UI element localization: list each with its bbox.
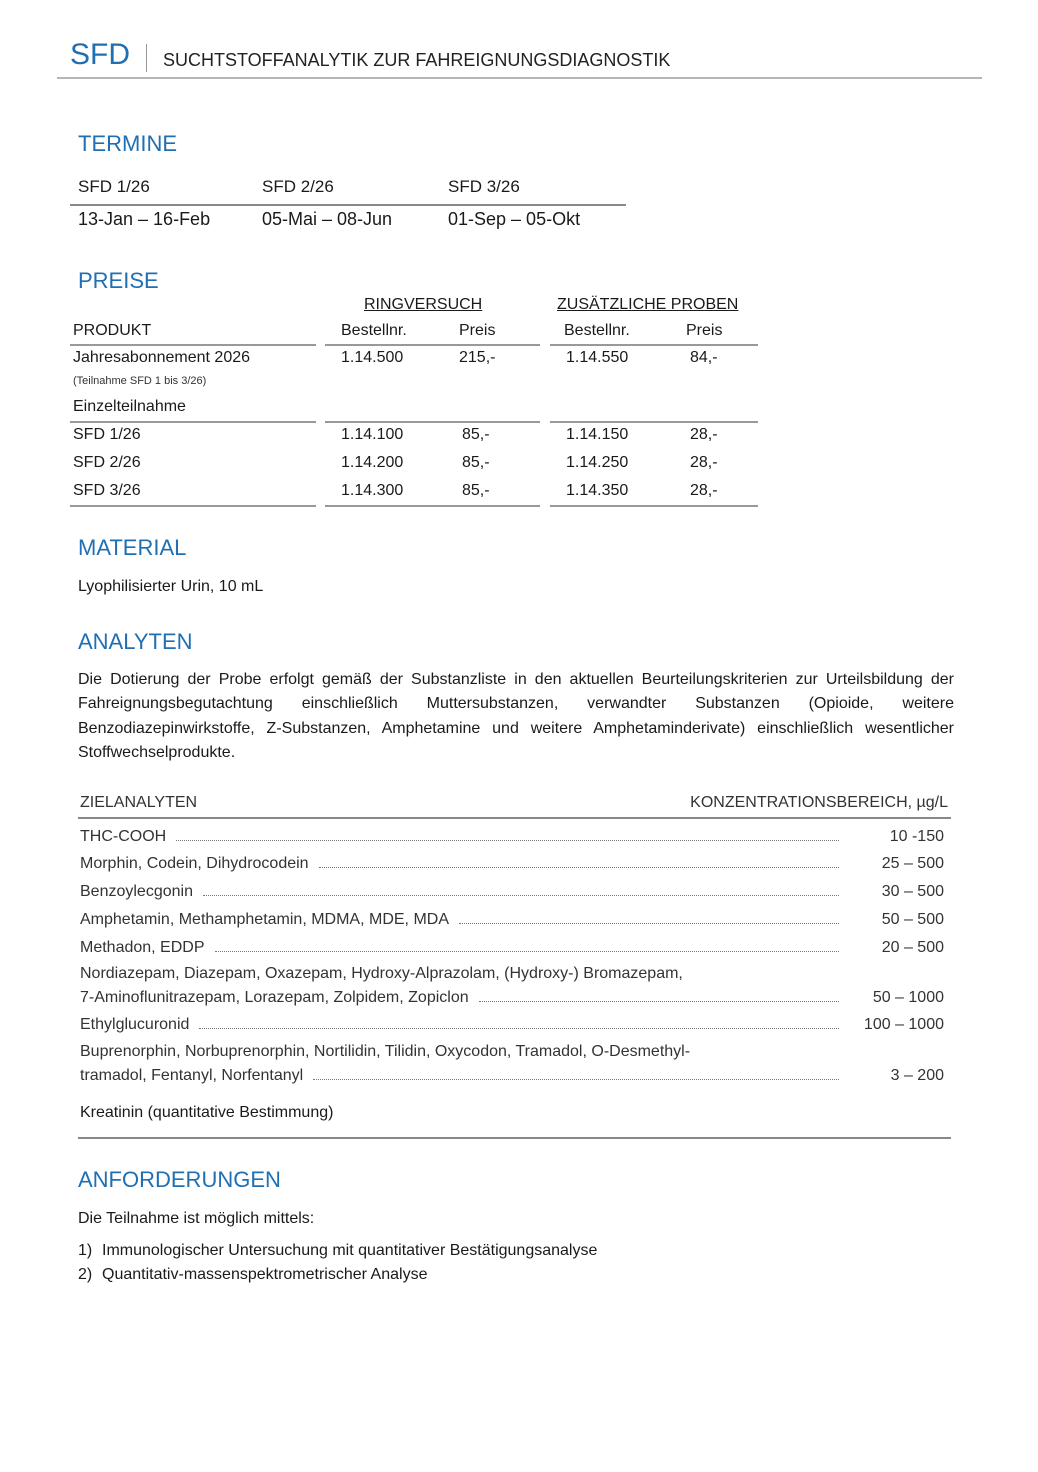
termine-date-1: 13-Jan – 16-Feb [78, 209, 210, 230]
price-row-zus-nr: 1.14.350 [566, 482, 628, 500]
col-ring-preis: Preis [459, 322, 495, 340]
jahresabo-zus-nr: 1.14.550 [566, 349, 628, 367]
termine-heading: TERMINE [78, 131, 177, 157]
analyte-name: THC-COOH [80, 828, 166, 846]
analyten-paragraph: Die Dotierung der Probe erfolgt gemäß de… [78, 668, 954, 765]
material-heading: MATERIAL [78, 535, 186, 561]
analyte-row: Amphetamin, Methamphetamin, MDMA, MDE, M… [80, 911, 944, 933]
price-row-ring-nr: 1.14.200 [341, 454, 403, 472]
group-zusatz: ZUSÄTZLICHE PROBEN [557, 296, 738, 314]
anforderung-item-1-num: 1) [78, 1242, 92, 1260]
col-produkt: PRODUKT [73, 322, 151, 340]
analyten-bottom-divider [78, 1137, 951, 1139]
preise-divider [70, 344, 316, 346]
price-row-ring-preis: 85,- [462, 426, 490, 444]
dot-leader [176, 828, 839, 841]
preise-divider [550, 505, 758, 507]
preise-divider [70, 421, 316, 423]
preise-divider [325, 421, 540, 423]
analyte-name: Amphetamin, Methamphetamin, MDMA, MDE, M… [80, 911, 449, 929]
termine-divider [70, 204, 626, 206]
group-ringversuch: RINGVERSUCH [364, 296, 482, 314]
analyte-range: 20 – 500 [849, 939, 944, 957]
termine-col-2: SFD 2/26 [262, 177, 334, 197]
material-text: Lyophilisierter Urin, 10 mL [78, 578, 263, 596]
jahresabo-zus-preis: 84,- [690, 349, 718, 367]
price-row-ring-nr: 1.14.300 [341, 482, 403, 500]
anforderungen-intro: Die Teilnahme ist möglich mittels: [78, 1210, 314, 1228]
analyte-row: tramadol, Fentanyl, Norfentanyl3 – 200 [80, 1067, 944, 1089]
header-separator [146, 44, 147, 72]
preise-divider [325, 344, 540, 346]
price-row-zus-preis: 28,- [690, 426, 718, 444]
analyte-name: 7-Aminoflunitrazepam, Lorazepam, Zolpide… [80, 989, 469, 1007]
analyte-row: Methadon, EDDP20 – 500 [80, 939, 944, 961]
price-row-ring-preis: 85,- [462, 454, 490, 472]
termine-date-2: 05-Mai – 08-Jun [262, 209, 392, 230]
analyte-range: 30 – 500 [849, 883, 944, 901]
preise-divider [325, 505, 540, 507]
preise-heading: PREISE [78, 268, 159, 294]
dot-leader [203, 883, 839, 896]
price-row-name: SFD 2/26 [73, 454, 141, 472]
preise-divider [550, 421, 758, 423]
analyte-name: Ethylglucuronid [80, 1016, 189, 1034]
price-row-zus-preis: 28,- [690, 482, 718, 500]
einzel-label: Einzelteilnahme [73, 398, 186, 416]
price-row-zus-nr: 1.14.150 [566, 426, 628, 444]
analyte-row: Benzoylecgonin30 – 500 [80, 883, 944, 905]
dot-leader [319, 855, 839, 868]
price-row-zus-preis: 28,- [690, 454, 718, 472]
analyte-name-line1: Buprenorphin, Norbuprenorphin, Nortilidi… [80, 1043, 690, 1061]
anforderungen-heading: ANFORDERUNGEN [78, 1167, 281, 1193]
analyte-row: Morphin, Codein, Dihydrocodein25 – 500 [80, 855, 944, 877]
dot-leader [459, 911, 839, 924]
analyte-row: 7-Aminoflunitrazepam, Lorazepam, Zolpide… [80, 989, 944, 1011]
price-row-name: SFD 3/26 [73, 482, 141, 500]
anforderung-item-2-num: 2) [78, 1266, 92, 1284]
analyte-row: THC-COOH10 -150 [80, 828, 944, 850]
jahresabo-name: Jahresabonnement 2026 [73, 349, 250, 367]
price-row-zus-nr: 1.14.250 [566, 454, 628, 472]
analyte-range: 3 – 200 [849, 1067, 944, 1085]
analyte-name-line1: Nordiazepam, Diazepam, Oxazepam, Hydroxy… [80, 965, 683, 983]
termine-date-3: 01-Sep – 05-Okt [448, 209, 580, 230]
analyten-heading: ANALYTEN [78, 629, 193, 655]
col-ring-bestellnr: Bestellnr. [341, 322, 407, 340]
dot-leader [479, 989, 839, 1002]
analyte-name: Benzoylecgonin [80, 883, 193, 901]
analyte-range: 25 – 500 [849, 855, 944, 873]
kreatinin-text: Kreatinin (quantitative Bestimmung) [80, 1104, 333, 1122]
preise-divider [550, 344, 758, 346]
header-divider [57, 77, 982, 79]
jahresabo-ring-nr: 1.14.500 [341, 349, 403, 367]
anforderung-item-1: Immunologischer Untersuchung mit quantit… [102, 1242, 597, 1260]
col-zielanalyten: ZIELANALYTEN [80, 794, 197, 812]
jahresabo-ring-preis: 215,- [459, 349, 495, 367]
analyte-row: Ethylglucuronid100 – 1000 [80, 1016, 944, 1038]
analyten-divider [78, 817, 951, 819]
col-zus-bestellnr: Bestellnr. [564, 322, 630, 340]
analyte-name: tramadol, Fentanyl, Norfentanyl [80, 1067, 303, 1085]
analyte-name: Morphin, Codein, Dihydrocodein [80, 855, 309, 873]
jahresabo-note: (Teilnahme SFD 1 bis 3/26) [73, 375, 206, 387]
header-abbr: SFD [70, 38, 130, 72]
col-konzentration: KONZENTRATIONSBEREICH, µg/L [690, 794, 948, 812]
header-title: SUCHTSTOFFANALYTIK ZUR FAHREIGNUNGSDIAGN… [163, 50, 670, 71]
dot-leader [215, 939, 839, 952]
analyte-range: 50 – 500 [849, 911, 944, 929]
price-row-name: SFD 1/26 [73, 426, 141, 444]
col-zus-preis: Preis [686, 322, 722, 340]
analyte-range: 50 – 1000 [849, 989, 944, 1007]
analyte-range: 100 – 1000 [849, 1016, 944, 1034]
price-row-ring-nr: 1.14.100 [341, 426, 403, 444]
price-row-ring-preis: 85,- [462, 482, 490, 500]
dot-leader [199, 1016, 839, 1029]
analyte-range: 10 -150 [849, 828, 944, 846]
termine-col-3: SFD 3/26 [448, 177, 520, 197]
preise-divider [70, 505, 316, 507]
anforderung-item-2: Quantitativ-massenspektrometrischer Anal… [102, 1266, 427, 1284]
termine-col-1: SFD 1/26 [78, 177, 150, 197]
analyte-name: Methadon, EDDP [80, 939, 205, 957]
dot-leader [313, 1067, 839, 1080]
